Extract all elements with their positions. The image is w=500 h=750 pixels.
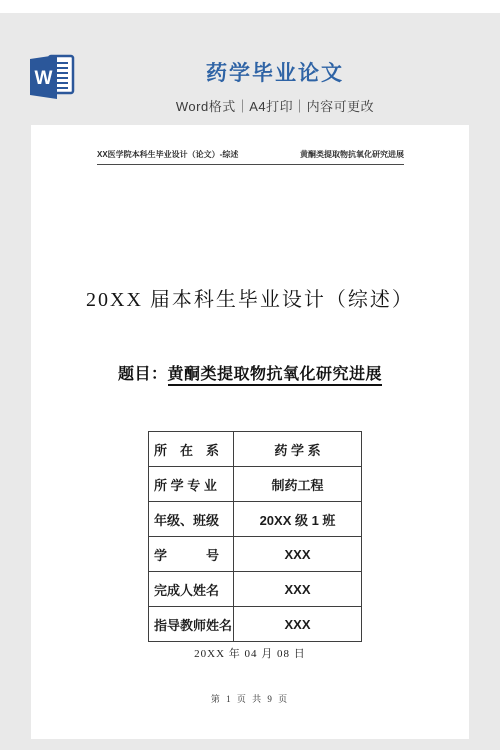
info-label-class: 年级、班级 bbox=[149, 502, 234, 537]
document-page: XX医学院本科生毕业设计（论文）-综述 黄酮类提取物抗氧化研究进展 20XX 届… bbox=[31, 125, 469, 739]
word-icon: W bbox=[30, 53, 76, 101]
table-row: 年级、班级 20XX 级 1 班 bbox=[149, 502, 362, 537]
page-number-footer: 第 1 页 共 9 页 bbox=[31, 692, 469, 705]
info-label-department: 所 在 系 bbox=[149, 432, 234, 467]
info-table: 所 在 系 药 学 系 所 学 专 业 制药工程 年级、班级 20XX 级 1 … bbox=[148, 431, 362, 642]
info-value-class: 20XX 级 1 班 bbox=[234, 502, 362, 537]
info-value-student-id: XXX bbox=[234, 537, 362, 572]
table-row: 学 号 XXX bbox=[149, 537, 362, 572]
template-preview: W 药学毕业论文 Word格式｜A4打印｜内容可更改 XX医学院本科生毕业设计（… bbox=[0, 0, 500, 750]
info-value-author: XXX bbox=[234, 572, 362, 607]
info-label-advisor: 指导教师姓名 bbox=[149, 607, 234, 642]
doc-date: 20XX 年 04 月 08 日 bbox=[31, 645, 469, 661]
svg-text:W: W bbox=[35, 68, 53, 89]
info-value-department: 药 学 系 bbox=[234, 432, 362, 467]
doc-header-left: XX医学院本科生毕业设计（论文）-综述 bbox=[97, 149, 238, 160]
info-label-author: 完成人姓名 bbox=[149, 572, 234, 607]
info-label-student-id: 学 号 bbox=[149, 537, 234, 572]
promo-title: 药学毕业论文 bbox=[75, 57, 475, 87]
info-value-major: 制药工程 bbox=[234, 467, 362, 502]
doc-header-right: 黄酮类提取物抗氧化研究进展 bbox=[300, 149, 404, 160]
word-icon-graphic: W bbox=[30, 53, 76, 101]
table-row: 所 学 专 业 制药工程 bbox=[149, 467, 362, 502]
doc-subject-label: 题目： bbox=[118, 366, 168, 383]
table-row: 完成人姓名 XXX bbox=[149, 572, 362, 607]
info-value-advisor: XXX bbox=[234, 607, 362, 642]
promo-subtitle: Word格式｜A4打印｜内容可更改 bbox=[75, 96, 475, 115]
info-label-major: 所 学 专 业 bbox=[149, 467, 234, 502]
table-row: 指导教师姓名 XXX bbox=[149, 607, 362, 642]
doc-subject-value: 黄酮类提取物抗氧化研究进展 bbox=[168, 366, 383, 386]
promo-header: 药学毕业论文 Word格式｜A4打印｜内容可更改 bbox=[75, 13, 475, 115]
document-running-header: XX医学院本科生毕业设计（论文）-综述 黄酮类提取物抗氧化研究进展 bbox=[97, 149, 404, 165]
doc-title: 20XX 届本科生毕业设计（综述） bbox=[31, 283, 469, 312]
doc-subject-line: 题目：黄酮类提取物抗氧化研究进展 bbox=[31, 361, 469, 384]
table-row: 所 在 系 药 学 系 bbox=[149, 432, 362, 467]
canvas-background: W 药学毕业论文 Word格式｜A4打印｜内容可更改 XX医学院本科生毕业设计（… bbox=[0, 13, 500, 750]
